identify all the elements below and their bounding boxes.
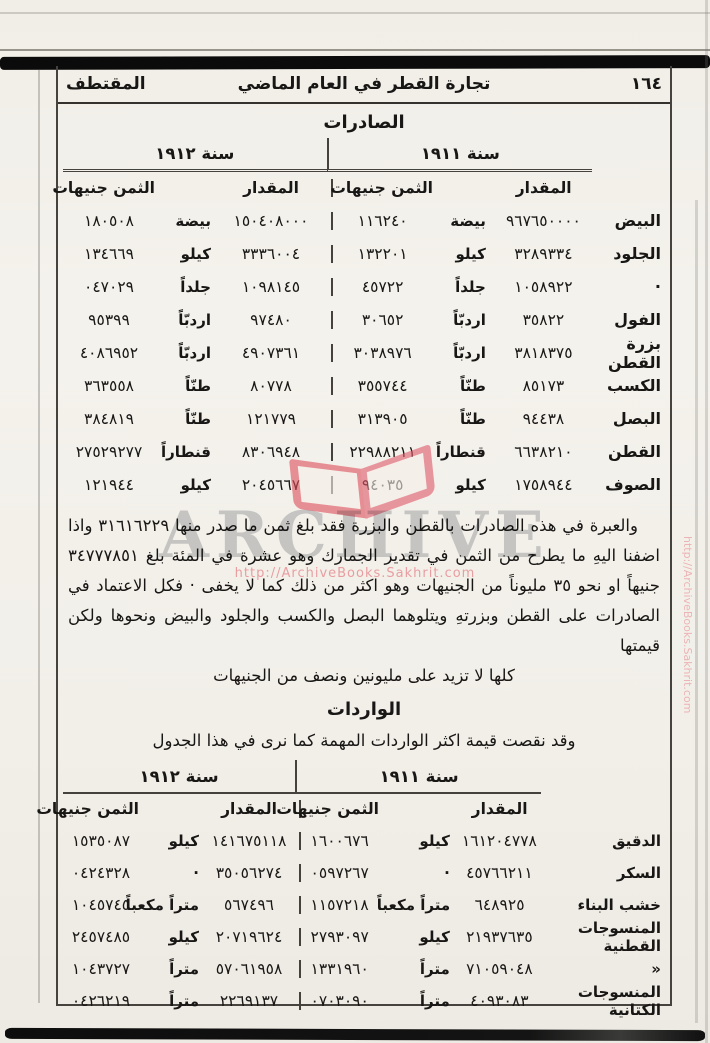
quantity-1912: ١٤١٦٧٥١١٨ bbox=[199, 832, 299, 850]
price-1912: ١٠٤٣٧٢٧ bbox=[63, 960, 139, 978]
quantity-1911: ٣٨١٨٣٧٥ bbox=[486, 344, 601, 362]
price-1911: ١٣٣١٩٦٠ bbox=[301, 960, 378, 978]
table-row: الدقيق ١٦١٢٠٤٧٧٨ كيلو ١٦٠٠٦٧٦ ١٤١٦٧٥١١٨ … bbox=[63, 825, 665, 857]
exports-section-title: الصادرات bbox=[58, 112, 670, 138]
quantity-1912: ٣٥٠٥٦٢٧٤ bbox=[199, 864, 299, 882]
unit-1912: بيضة bbox=[155, 212, 211, 230]
unit-1912: طنّاً bbox=[155, 377, 211, 395]
values-1911: ١٠٥٨٩٢٢ جلداً ٤٥٧٢٢ bbox=[331, 278, 601, 296]
unit-1912: كيلو bbox=[155, 245, 211, 263]
price-1911: ١٣٢٢٠١ bbox=[333, 245, 432, 263]
table-row: الكسب ٨٥١٧٣ طنّاً ٣٥٥٧٤٤ ٨٠٧٧٨ طنّاً ٣٦٣… bbox=[63, 369, 665, 402]
commentary-text: والعبرة في هذه الصادرات بالقطن والبزرة ف… bbox=[68, 516, 660, 655]
unit-1912: اردبّاً bbox=[155, 344, 211, 362]
price-1911: ٠٥٩٧٢٦٧ bbox=[301, 864, 378, 882]
table-row: الجلود ٣٢٨٩٣٣٤ كيلو ١٣٢٢٠١ ٣٣٣٦٠٠٤ كيلو … bbox=[63, 237, 665, 270]
unit-1912: قنطاراً bbox=[155, 443, 211, 461]
values-1911: ٩٤٤٣٨ طنّاً ٣١٣٩٠٥ bbox=[331, 410, 601, 428]
unit-1912: متراً bbox=[139, 960, 199, 978]
commodity-label: الجلود bbox=[601, 244, 665, 263]
values-1912: ٨٠٧٧٨ طنّاً ٣٦٣٥٥٨ bbox=[63, 377, 331, 395]
values-1911: ٨٥١٧٣ طنّاً ٣٥٥٧٤٤ bbox=[331, 377, 601, 395]
price-1912: ١٢١٩٤٤ bbox=[63, 476, 155, 494]
page-header: ١٦٤ تجارة القطر في العام الماضي المقتطف bbox=[58, 66, 670, 104]
scan-right-edge bbox=[705, 0, 708, 1043]
quantity-1912: ٩٧٤٨٠ bbox=[211, 311, 331, 329]
price-1912: ١٥٣٥٠٨٧ bbox=[63, 832, 139, 850]
quantity-1911: ٦٤٨٩٢٥ bbox=[450, 896, 549, 914]
commodity-label: القطن bbox=[601, 442, 665, 461]
quantity-1911: ٩٤٤٣٨ bbox=[486, 410, 601, 428]
price-1912: ٠٤٧٠٢٩ bbox=[63, 278, 155, 296]
values-1912: ٢٢٦٩١٣٧ متراً ٠٤٢٦٢١٩ bbox=[63, 992, 299, 1010]
quantity-1911: ٧١٠٥٩٠٤٨ bbox=[450, 960, 549, 978]
values-1912: ١٠٩٨١٤٥ جلداً ٠٤٧٠٢٩ bbox=[63, 278, 331, 296]
price-1912: ٣٦٣٥٥٨ bbox=[63, 377, 155, 395]
commodity-label: خشب البناء bbox=[549, 896, 665, 914]
commodity-label: بزرة القطن bbox=[601, 334, 665, 372]
unit-1912: جلداً bbox=[155, 278, 211, 296]
column-header-price: الثمن جنيهات bbox=[333, 179, 433, 197]
price-1911: ١١٦٢٤٠ bbox=[333, 212, 432, 230]
price-1912: ٠٤٢٦٢١٩ bbox=[63, 992, 139, 1010]
column-header-price: الثمن جنيهات bbox=[301, 800, 379, 818]
quantity-1911: ١٧٥٨٩٤٤ bbox=[486, 476, 601, 494]
imports-intro-line: وقد نقصت قيمة اكثر الواردات المهمة كما ن… bbox=[58, 731, 670, 761]
values-1912: ٢٠٧١٩٦٢٤ كيلو ٢٤٥٧٤٨٥ bbox=[63, 928, 299, 946]
table-row: الفول ٣٥٨٢٢ اردبّاً ٣٠٦٥٢ ٩٧٤٨٠ اردبّاً … bbox=[63, 303, 665, 336]
archive-watermark-url-side: http://ArchiveBooks.Sakhrit.com bbox=[681, 536, 694, 713]
price-1911: ٣٥٥٧٤٤ bbox=[333, 377, 432, 395]
commodity-label: · bbox=[601, 277, 665, 296]
column-header-quantity: المقدار bbox=[211, 179, 331, 197]
table-row: البيض ٩٦٧٦٥٠٠٠٠ بيضة ١١٦٢٤٠ ١٥٠٤٠٨٠٠٠ بي… bbox=[63, 204, 665, 237]
quantity-1911: ٤٠٩٣٠٨٣ bbox=[450, 992, 549, 1010]
commodity-label: الكسب bbox=[601, 376, 665, 395]
unit-1911: طنّاً bbox=[432, 410, 486, 428]
page-title: تجارة القطر في العام الماضي bbox=[156, 74, 572, 94]
table-row: القطن ٦٦٣٨٢١٠ قنطاراً ٢٢٩٨٨٢١١ ٨٣٠٦٩٤٨ ق… bbox=[63, 435, 665, 468]
values-1912: ٣٥٠٥٦٢٧٤ · ٠٤٢٤٣٢٨ bbox=[63, 864, 299, 882]
price-1912: ١٣٤٦٦٩ bbox=[63, 245, 155, 263]
exports-year-1912: سنة ١٩١٢ bbox=[63, 138, 327, 172]
unit-1911: طنّاً bbox=[432, 377, 486, 395]
values-1912: ١٤١٦٧٥١١٨ كيلو ١٥٣٥٠٨٧ bbox=[63, 832, 299, 850]
price-1912: ٢٧٥٢٩٢٧٧ bbox=[63, 443, 155, 461]
price-1911: ٢٢٩٨٨٢١١ bbox=[333, 443, 432, 461]
commodity-label: السكر bbox=[549, 864, 665, 882]
quantity-1912: ٥٧٠٦١٩٥٨ bbox=[199, 960, 299, 978]
commodity-label: المنسوجات القطنية bbox=[549, 919, 665, 955]
unit-1911: قنطاراً bbox=[432, 443, 486, 461]
values-1911: ٧١٠٥٩٠٤٨ متراً ١٣٣١٩٦٠ bbox=[299, 960, 549, 978]
column-header-quantity: المقدار bbox=[450, 800, 549, 818]
values-1911: ٣٢٨٩٣٣٤ كيلو ١٣٢٢٠١ bbox=[331, 245, 601, 263]
exports-rows: البيض ٩٦٧٦٥٠٠٠٠ بيضة ١١٦٢٤٠ ١٥٠٤٠٨٠٠٠ بي… bbox=[63, 204, 665, 501]
scan-left-streak bbox=[38, 70, 40, 1003]
scan-edge-line bbox=[0, 49, 710, 51]
quantity-1912: ٣٣٣٦٠٠٤ bbox=[211, 245, 331, 263]
quantity-1911: ٣٢٨٩٣٣٤ bbox=[486, 245, 601, 263]
values-1912: ٢٠٤٥٦٦٧ كيلو ١٢١٩٤٤ bbox=[63, 476, 331, 494]
column-header-price: الثمن جنيهات bbox=[63, 800, 139, 818]
unit-1912: كيلو bbox=[139, 928, 199, 946]
table-row: البصل ٩٤٤٣٨ طنّاً ٣١٣٩٠٥ ١٢١٧٧٩ طنّاً ٣٨… bbox=[63, 402, 665, 435]
unit-1911: كيلو bbox=[432, 476, 486, 494]
unit-1911: اردبّاً bbox=[432, 344, 486, 362]
price-1912: ١٨٠٥٠٨ bbox=[63, 212, 155, 230]
values-1912: ٤٩٠٧٣٦١ اردبّاً ٤٠٨٦٩٥٢ bbox=[63, 344, 331, 362]
quantity-1912: ٨٠٧٧٨ bbox=[211, 377, 331, 395]
quantity-1911: ٦٦٣٨٢١٠ bbox=[486, 443, 601, 461]
quantity-1911: ٣٥٨٢٢ bbox=[486, 311, 601, 329]
unit-1911: · bbox=[378, 864, 449, 882]
unit-1912: اردبّاً bbox=[155, 311, 211, 329]
scan-right-streak bbox=[695, 200, 698, 1023]
values-1911: ٣٥٨٢٢ اردبّاً ٣٠٦٥٢ bbox=[331, 311, 601, 329]
price-1912: ٢٤٥٧٤٨٥ bbox=[63, 928, 139, 946]
quantity-1912: ١٠٩٨١٤٥ bbox=[211, 278, 331, 296]
exports-headers-1912: المقدار الثمن جنيهات bbox=[63, 179, 331, 197]
unit-1911: متراً bbox=[378, 992, 449, 1010]
price-1911: ١١٥٧٢١٨ bbox=[301, 896, 378, 914]
imports-headers-1911: المقدار الثمن جنيهات bbox=[299, 800, 549, 818]
unit-1912: متراً bbox=[139, 992, 199, 1010]
price-1911: ٤٥٧٢٢ bbox=[333, 278, 432, 296]
commentary-last-line: كلها لا تزيد على مليونين ونصف من الجنيها… bbox=[58, 661, 670, 691]
column-header-quantity: المقدار bbox=[199, 800, 299, 818]
values-1912: ١٢١٧٧٩ طنّاً ٣٨٤٨١٩ bbox=[63, 410, 331, 428]
commodity-label: البيض bbox=[601, 211, 665, 230]
commentary-paragraph: والعبرة في هذه الصادرات بالقطن والبزرة ف… bbox=[68, 511, 660, 661]
quantity-1911: ١٠٥٨٩٢٢ bbox=[486, 278, 601, 296]
price-1911: ٣٠٦٥٢ bbox=[333, 311, 432, 329]
commodity-label: المنسوجات الكتانية bbox=[549, 983, 665, 1019]
table-row: خشب البناء ٦٤٨٩٢٥ متراً مكعباً ١١٥٧٢١٨ ٥… bbox=[63, 889, 665, 921]
values-1911: ٦٦٣٨٢١٠ قنطاراً ٢٢٩٨٨٢١١ bbox=[331, 443, 601, 461]
table-row: المنسوجات القطنية ٢١٩٣٧٦٣٥ كيلو ٢٧٩٣٠٩٧ … bbox=[63, 921, 665, 953]
table-row: « ٧١٠٥٩٠٤٨ متراً ١٣٣١٩٦٠ ٥٧٠٦١٩٥٨ متراً … bbox=[63, 953, 665, 985]
unit-1911: كيلو bbox=[432, 245, 486, 263]
page-number: ١٦٤ bbox=[572, 74, 662, 94]
unit-1911: متراً bbox=[378, 960, 449, 978]
price-1911: ٢٧٩٣٠٩٧ bbox=[301, 928, 378, 946]
commodity-label: الفول bbox=[601, 310, 665, 329]
table-row: السكر ٤٥٧٦٦٢١١ · ٠٥٩٧٢٦٧ ٣٥٠٥٦٢٧٤ · ٠٤٢٤… bbox=[63, 857, 665, 889]
values-1911: ٤٠٩٣٠٨٣ متراً ٠٧٠٣٠٩٠ bbox=[299, 992, 549, 1010]
price-1911: ٣٠٣٨٩٧٦ bbox=[333, 344, 432, 362]
price-1912: ٠٤٢٤٣٢٨ bbox=[63, 864, 139, 882]
price-1911: ٣١٣٩٠٥ bbox=[333, 410, 432, 428]
imports-column-headers: المقدار الثمن جنيهات المقدار الثمن جنيها… bbox=[63, 793, 665, 825]
column-header-quantity: المقدار bbox=[486, 179, 601, 197]
imports-year-row: سنة ١٩١١ سنة ١٩١٢ bbox=[63, 761, 665, 793]
commodity-label: البصل bbox=[601, 409, 665, 428]
price-1912: ٤٠٨٦٩٥٢ bbox=[63, 344, 155, 362]
commodity-label: الدقيق bbox=[549, 832, 665, 850]
exports-headers-1911: المقدار الثمن جنيهات bbox=[331, 179, 601, 197]
exports-column-headers: المقدار الثمن جنيهات المقدار الثمن جنيها… bbox=[63, 171, 665, 204]
quantity-1911: ٤٥٧٦٦٢١١ bbox=[450, 864, 549, 882]
values-1911: ١٧٥٨٩٤٤ كيلو ٩٤٠٣٥ bbox=[331, 476, 601, 494]
unit-1911: كيلو bbox=[378, 928, 449, 946]
unit-1911: جلداً bbox=[432, 278, 486, 296]
quantity-1911: ٨٥١٧٣ bbox=[486, 377, 601, 395]
quantity-1912: ١٢١٧٧٩ bbox=[211, 410, 331, 428]
exports-year-row: سنة ١٩١١ سنة ١٩١٢ bbox=[63, 138, 665, 171]
column-header-price: الثمن جنيهات bbox=[63, 179, 155, 197]
quantity-1911: ١٦١٢٠٤٧٧٨ bbox=[450, 832, 549, 850]
unit-1912: متراً مكعباً bbox=[139, 896, 199, 914]
imports-year-1911: سنة ١٩١١ bbox=[295, 760, 541, 794]
imports-table: سنة ١٩١١ سنة ١٩١٢ المقدار الثمن جنيهات ا… bbox=[58, 761, 670, 1017]
quantity-1911: ٢١٩٣٧٦٣٥ bbox=[450, 928, 549, 946]
values-1912: ٩٧٤٨٠ اردبّاً ٩٥٣٩٩ bbox=[63, 311, 331, 329]
page-frame: ١٦٤ تجارة القطر في العام الماضي المقتطف … bbox=[56, 66, 672, 1006]
unit-1911: اردبّاً bbox=[432, 311, 486, 329]
values-1911: ٤٥٧٦٦٢١١ · ٠٥٩٧٢٦٧ bbox=[299, 864, 549, 882]
values-1911: ٦٤٨٩٢٥ متراً مكعباً ١١٥٧٢١٨ bbox=[299, 896, 549, 914]
unit-1911: متراً مكعباً bbox=[378, 896, 450, 914]
scanned-page: ١٦٤ تجارة القطر في العام الماضي المقتطف … bbox=[0, 0, 710, 1043]
price-1911: ٩٤٠٣٥ bbox=[333, 476, 432, 494]
imports-year-1912: سنة ١٩١٢ bbox=[63, 760, 295, 794]
exports-table: سنة ١٩١١ سنة ١٩١٢ المقدار الثمن جنيهات ا… bbox=[58, 138, 670, 501]
quantity-1912: ٢٠٤٥٦٦٧ bbox=[211, 476, 331, 494]
price-1912: ٩٥٣٩٩ bbox=[63, 311, 155, 329]
values-1911: ٣٨١٨٣٧٥ اردبّاً ٣٠٣٨٩٧٦ bbox=[331, 344, 601, 362]
scan-bottom-black-band bbox=[5, 1028, 705, 1041]
unit-1911: كيلو bbox=[378, 832, 449, 850]
values-1912: ٥٧٠٦١٩٥٨ متراً ١٠٤٣٧٢٧ bbox=[63, 960, 299, 978]
table-row: · ١٠٥٨٩٢٢ جلداً ٤٥٧٢٢ ١٠٩٨١٤٥ جلداً ٠٤٧٠… bbox=[63, 270, 665, 303]
quantity-1912: ٨٣٠٦٩٤٨ bbox=[211, 443, 331, 461]
quantity-1912: ٥٦٧٤٩٦ bbox=[199, 896, 299, 914]
price-1912: ١٠٤٥٧٤٥ bbox=[63, 896, 139, 914]
values-1911: ٢١٩٣٧٦٣٥ كيلو ٢٧٩٣٠٩٧ bbox=[299, 928, 549, 946]
imports-section-title: الواردات bbox=[58, 699, 670, 725]
commodity-label: « bbox=[549, 960, 665, 978]
values-1912: ٥٦٧٤٩٦ متراً مكعباً ١٠٤٥٧٤٥ bbox=[63, 896, 299, 914]
quantity-1911: ٩٦٧٦٥٠٠٠٠ bbox=[486, 212, 601, 230]
quantity-1912: ٢٢٦٩١٣٧ bbox=[199, 992, 299, 1010]
exports-year-1911: سنة ١٩١١ bbox=[327, 138, 593, 172]
values-1911: ١٦١٢٠٤٧٧٨ كيلو ١٦٠٠٦٧٦ bbox=[299, 832, 549, 850]
commodity-label: الصوف bbox=[601, 475, 665, 494]
imports-headers-1912: المقدار الثمن جنيهات bbox=[63, 800, 299, 818]
unit-1912: · bbox=[139, 864, 199, 882]
unit-1912: طنّاً bbox=[155, 410, 211, 428]
values-1912: ٣٣٣٦٠٠٤ كيلو ١٣٤٦٦٩ bbox=[63, 245, 331, 263]
price-1911: ١٦٠٠٦٧٦ bbox=[301, 832, 378, 850]
price-1912: ٣٨٤٨١٩ bbox=[63, 410, 155, 428]
unit-1911: بيضة bbox=[432, 212, 486, 230]
unit-1912: كيلو bbox=[155, 476, 211, 494]
unit-1912: كيلو bbox=[139, 832, 199, 850]
quantity-1912: ٢٠٧١٩٦٢٤ bbox=[199, 928, 299, 946]
table-row: بزرة القطن ٣٨١٨٣٧٥ اردبّاً ٣٠٣٨٩٧٦ ٤٩٠٧٣… bbox=[63, 336, 665, 369]
imports-rows: الدقيق ١٦١٢٠٤٧٧٨ كيلو ١٦٠٠٦٧٦ ١٤١٦٧٥١١٨ … bbox=[63, 825, 665, 1017]
price-1911: ٠٧٠٣٠٩٠ bbox=[301, 992, 378, 1010]
table-row: الصوف ١٧٥٨٩٤٤ كيلو ٩٤٠٣٥ ٢٠٤٥٦٦٧ كيلو ١٢… bbox=[63, 468, 665, 501]
values-1912: ٨٣٠٦٩٤٨ قنطاراً ٢٧٥٢٩٢٧٧ bbox=[63, 443, 331, 461]
values-1911: ٩٦٧٦٥٠٠٠٠ بيضة ١١٦٢٤٠ bbox=[331, 212, 601, 230]
quantity-1912: ١٥٠٤٠٨٠٠٠ bbox=[211, 212, 331, 230]
magazine-name: المقتطف bbox=[66, 74, 156, 94]
scan-edge-line bbox=[0, 12, 710, 14]
quantity-1912: ٤٩٠٧٣٦١ bbox=[211, 344, 331, 362]
values-1912: ١٥٠٤٠٨٠٠٠ بيضة ١٨٠٥٠٨ bbox=[63, 212, 331, 230]
table-row: المنسوجات الكتانية ٤٠٩٣٠٨٣ متراً ٠٧٠٣٠٩٠… bbox=[63, 985, 665, 1017]
